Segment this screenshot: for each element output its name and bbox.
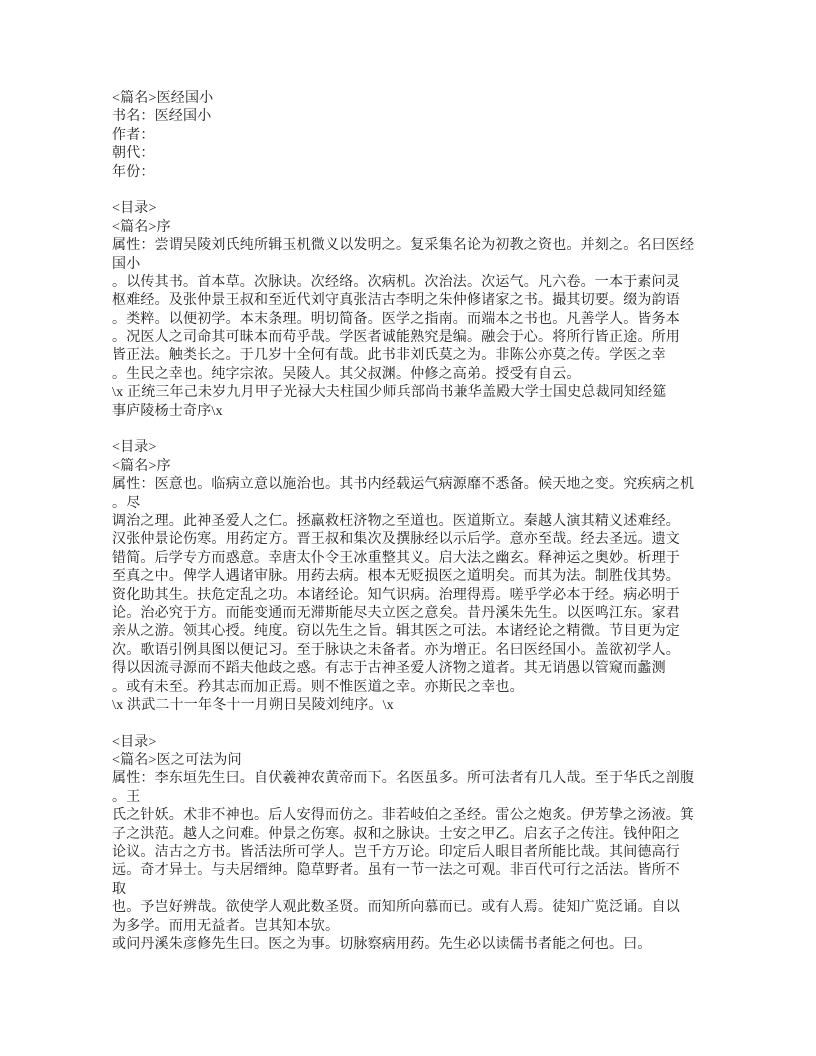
body-line: 氏之针妖。术非不神也。后人安得而仿之。非若岐伯之圣经。雷公之炮炙。伊芳挚之汤液。… bbox=[112, 807, 772, 825]
body-line: 。生民之幸也。纯字宗浓。吴陵人。其父叔渊。仲修之高弟。授受有自云。 bbox=[112, 366, 772, 384]
meta-book-name: 书名：医经国小 bbox=[112, 108, 772, 126]
body-line: 。类粹。以便初学。本末条理。明切简备。医学之指南。而端本之书也。凡善学人。皆务本 bbox=[112, 311, 772, 329]
body-line: 子之洪范。越人之问难。仲景之伤寒。叔和之脉诀。士安之甲乙。启玄子之传注。钱仲阳之 bbox=[112, 826, 772, 844]
body-line: 远。奇才异士。与夫居缙绅。隐草野者。虽有一节一法之可观。非百代可行之活法。皆所不 bbox=[112, 862, 772, 880]
document-text: <篇名>医经国小书名：医经国小作者：朝代：年份：<目录><篇名>序属性：尝谓吴陵… bbox=[112, 90, 772, 954]
body-line: \x 洪武二十一年冬十一月朔日吴陵刘纯序。\x bbox=[112, 697, 772, 715]
body-line: 为多学。而用无益者。岂其知本欤。 bbox=[112, 918, 772, 936]
body-line: 得以因流寻源而不蹈夫他歧之惑。有志于古神圣爱人济物之道者。其无诮愚以管窥而蠡测 bbox=[112, 660, 772, 678]
body-line: 皆正法。触类长之。于几岁十全何有哉。此书非刘氏莫之为。非陈公亦莫之传。学医之幸 bbox=[112, 347, 772, 365]
body-line: 取 bbox=[112, 881, 772, 899]
body-line: 亲从之游。领其心授。纯度。窃以先生之旨。辑其医之可法。本诸经论之精微。节目更为定 bbox=[112, 623, 772, 641]
body-line: 。尽 bbox=[112, 495, 772, 513]
body-line: 国小 bbox=[112, 256, 772, 274]
body-line: 汉张仲景论伤寒。用药定方。晋王叔和集次及撰脉经以示后学。意亦至哉。经去圣远。遗文 bbox=[112, 531, 772, 549]
blank-line bbox=[112, 182, 772, 200]
body-line: 至真之中。俾学人遇诸审脉。用药去病。根本无贬损医之道明矣。而其为法。制胜伐其势。 bbox=[112, 568, 772, 586]
meta-year: 年份： bbox=[112, 164, 772, 182]
body-line: 或问丹溪朱彦修先生曰。医之为事。切脉察病用药。先生必以读儒书者能之何也。曰。 bbox=[112, 936, 772, 954]
meta-title-tag: <篇名>医经国小 bbox=[112, 90, 772, 108]
body-line: \x 正统三年己未岁九月甲子光禄大夫柱国少师兵部尚书兼华盖殿大学士国史总裁同知经… bbox=[112, 384, 772, 402]
document-page: <篇名>医经国小书名：医经国小作者：朝代：年份：<目录><篇名>序属性：尝谓吴陵… bbox=[0, 0, 816, 1056]
blank-line bbox=[112, 421, 772, 439]
toc-marker: <目录> bbox=[112, 439, 772, 457]
blank-line bbox=[112, 715, 772, 733]
section-title-line: <篇名>序 bbox=[112, 458, 772, 476]
body-line: 。或有未至。矜其志而加正焉。则不惟医道之幸。亦斯民之幸也。 bbox=[112, 679, 772, 697]
body-line: 也。予岂好辨哉。欲使学人观此数圣贤。而知所向慕而已。或有人焉。徒知广览泛诵。自以 bbox=[112, 899, 772, 917]
body-line: 。况医人之司命其可昧本而苟乎哉。学医者诚能熟究是编。融会于心。将所行皆正途。所用 bbox=[112, 329, 772, 347]
body-line: 错简。后学专方而惑意。幸唐太仆令王冰重整其义。启大法之幽玄。释神运之奥妙。析理于 bbox=[112, 550, 772, 568]
meta-author: 作者： bbox=[112, 127, 772, 145]
body-line: 属性：医意也。临病立意以施治也。其书内经载运气病源靡不悉备。候天地之变。究疾病之… bbox=[112, 476, 772, 494]
body-line: 次。歌语引例具图以便记习。至于脉诀之未备者。亦为增正。名曰医经国小。盖欲初学人。 bbox=[112, 642, 772, 660]
toc-marker: <目录> bbox=[112, 734, 772, 752]
body-line: 属性：李东垣先生曰。自伏羲神农黄帝而下。名医虽多。所可法者有几人哉。至于华氏之剖… bbox=[112, 770, 772, 788]
body-line: 枢难经。及张仲景王叔和至近代刘守真张洁古李明之朱仲修诸家之书。撮其切要。缀为韵语 bbox=[112, 292, 772, 310]
section-title-line: <篇名>医之可法为问 bbox=[112, 752, 772, 770]
body-line: 。王 bbox=[112, 789, 772, 807]
section-title-line: <篇名>序 bbox=[112, 219, 772, 237]
body-line: 论议。洁古之方书。皆活法所可学人。岂千方万论。印定后人眼目者所能比哉。其间德高行 bbox=[112, 844, 772, 862]
body-line: 事庐陵杨士奇序\x bbox=[112, 403, 772, 421]
toc-marker: <目录> bbox=[112, 200, 772, 218]
body-line: 资化助其生。扶危定乱之功。本诸经论。知气识病。治理得焉。嗟乎学必本于经。病必明于 bbox=[112, 587, 772, 605]
body-line: 属性：尝谓吴陵刘氏纯所辑玉机微义以发明之。复采集名论为初教之资也。并刻之。名曰医… bbox=[112, 237, 772, 255]
body-line: 。以传其书。首本草。次脉诀。次经络。次病机。次治法。次运气。凡六卷。一本于素问灵 bbox=[112, 274, 772, 292]
body-line: 论。治必究于方。而能变通而无滞斯能尽夫立医之意矣。昔丹溪朱先生。以医鸣江东。家君 bbox=[112, 605, 772, 623]
body-line: 调治之理。此神圣爱人之仁。拯羸救枉济物之至道也。医道斯立。秦越人演其精义述难经。 bbox=[112, 513, 772, 531]
meta-dynasty: 朝代： bbox=[112, 145, 772, 163]
